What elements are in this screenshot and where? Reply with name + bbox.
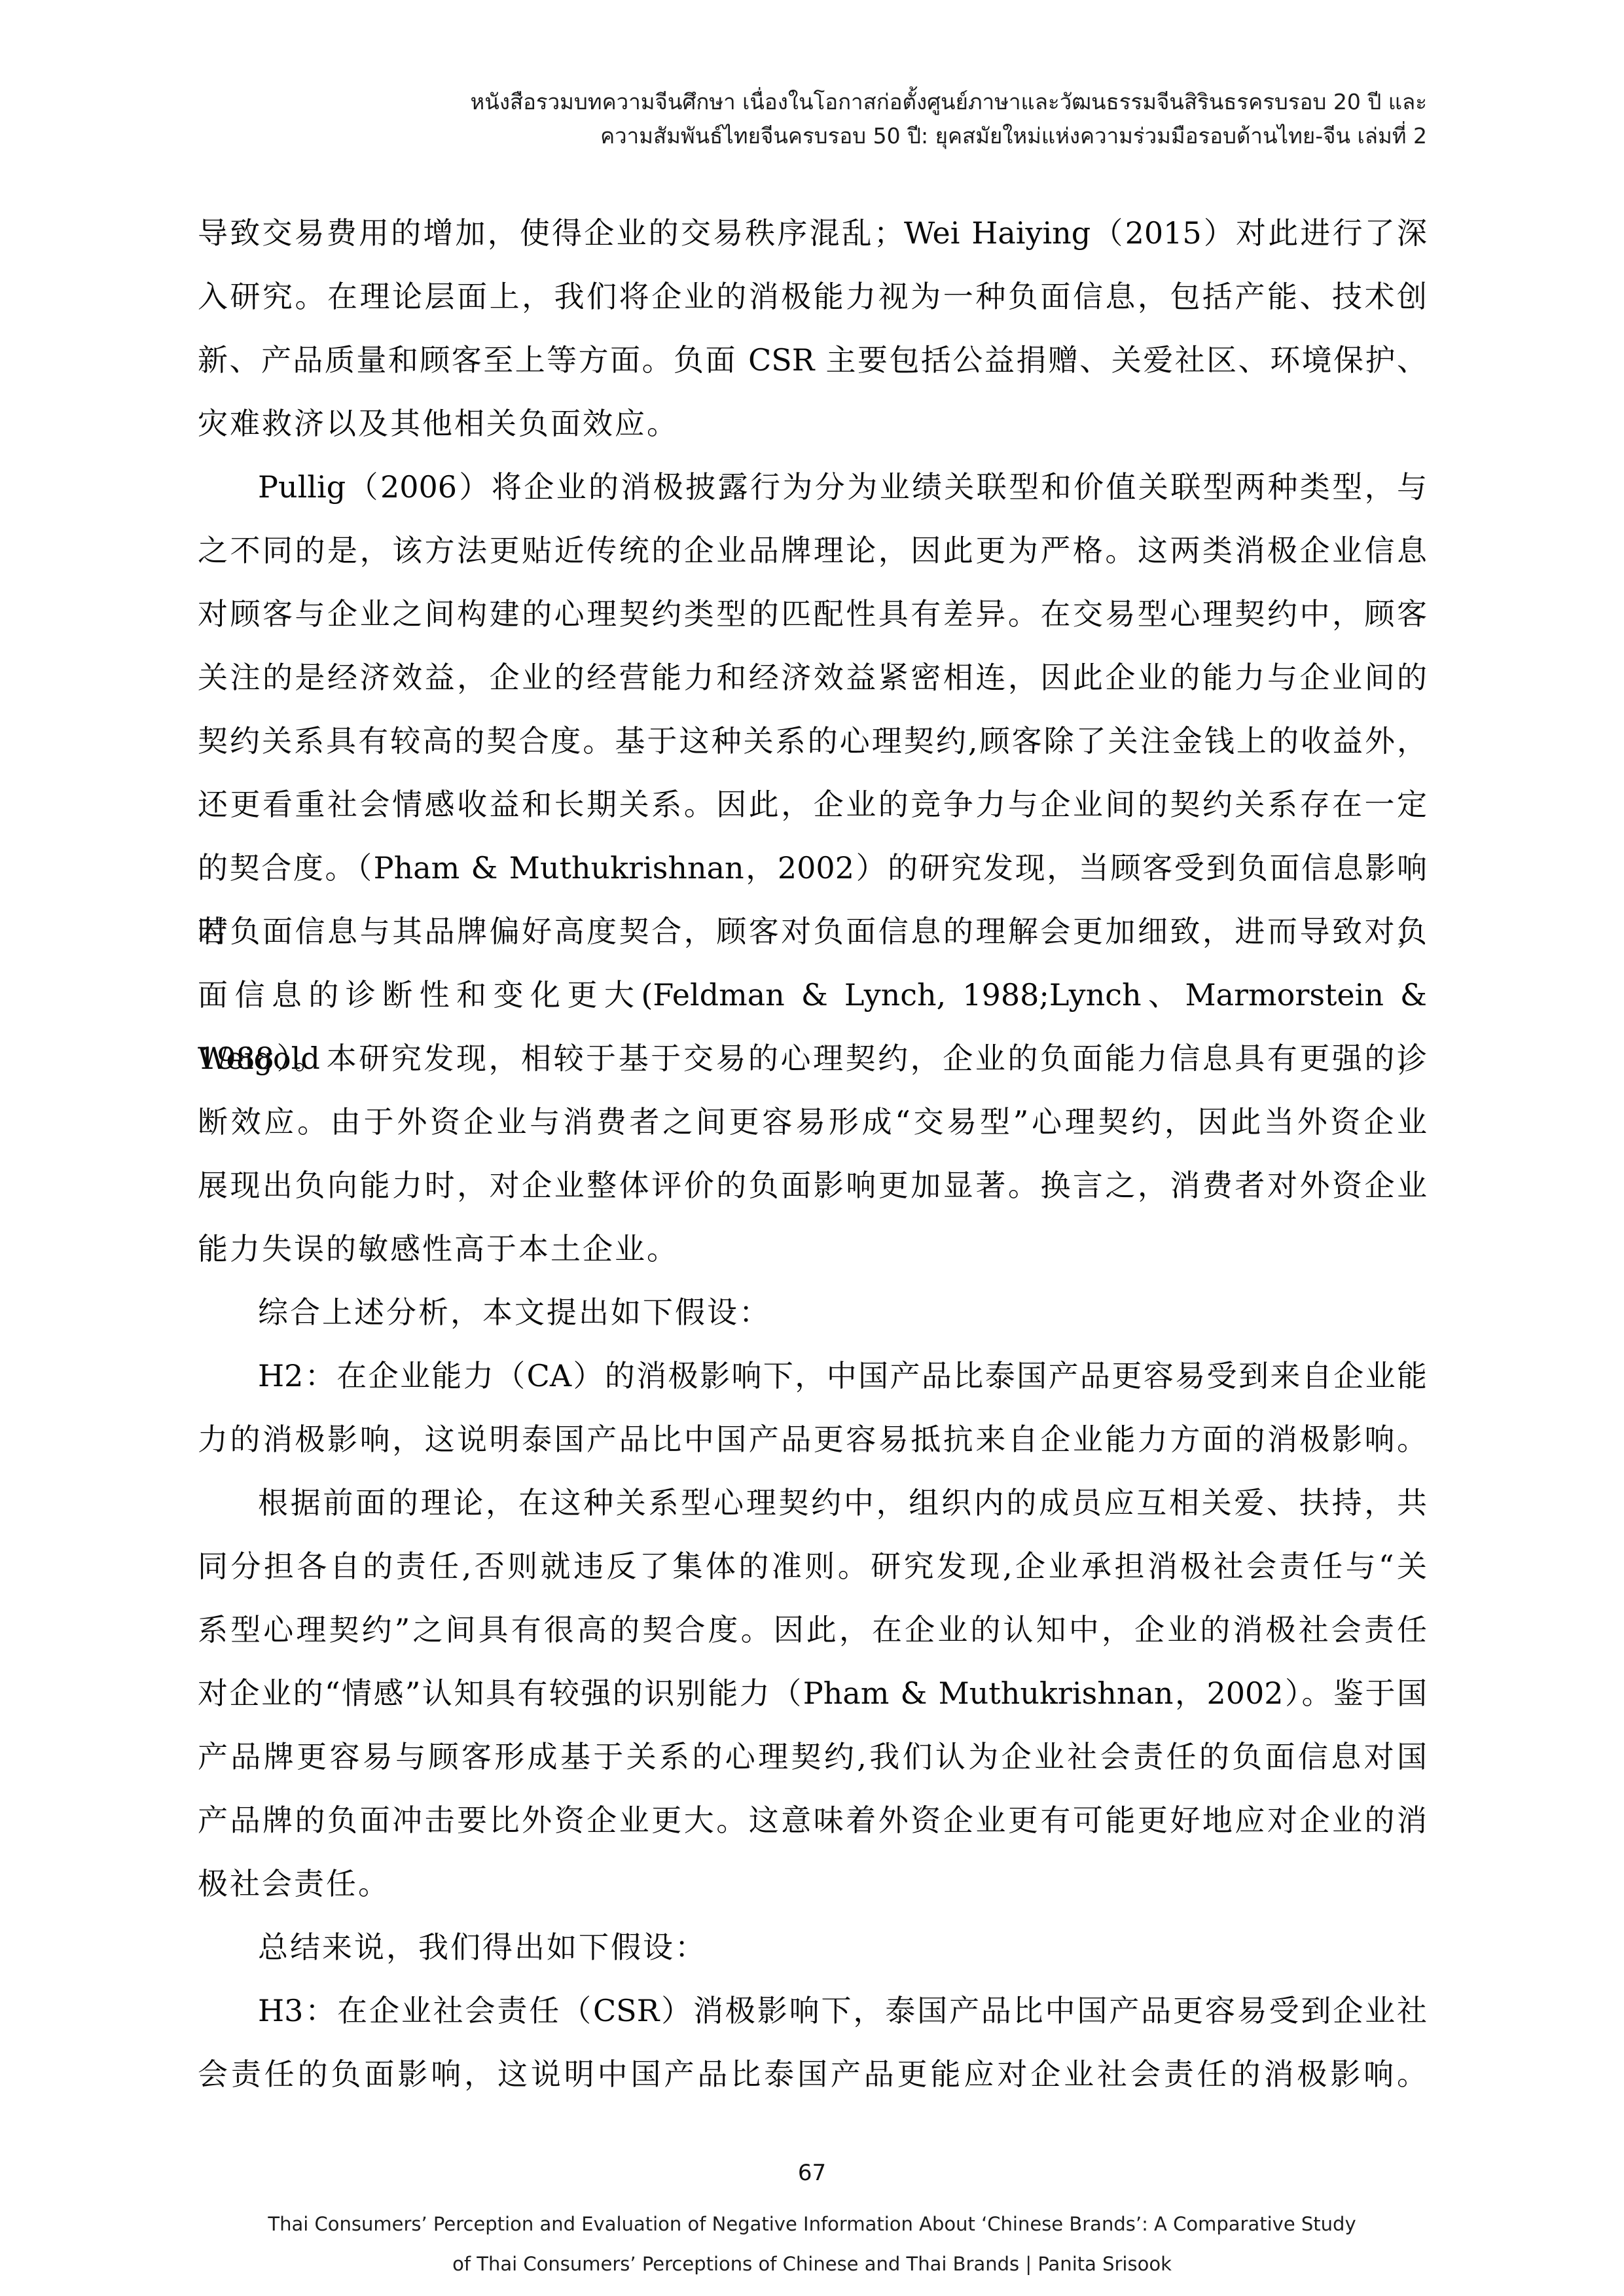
- body-line: 若负面信息与其品牌偏好高度契合，顾客对负面信息的理解会更加细致，进而导致对负: [198, 900, 1427, 963]
- body-line: 产品牌更容易与顾客形成基于关系的心理契约,我们认为企业社会责任的负面信息对国: [198, 1725, 1427, 1789]
- page-footer: Thai Consumers’ Perception and Evaluatio…: [0, 2204, 1624, 2284]
- body-line: H2：在企业能力（CA）的消极影响下，中国产品比泰国产品更容易受到来自企业能: [198, 1344, 1427, 1408]
- body-line: 面信息的诊断性和变化更大(Feldman & Lynch, 1988;Lynch…: [198, 963, 1427, 1027]
- body-line: 入研究。在理论层面上，我们将企业的消极能力视为一种负面信息，包括产能、技术创: [198, 265, 1427, 329]
- body-line: 灾难救济以及其他相关负面效应。: [198, 392, 1427, 456]
- header-line-2: ความสัมพันธ์ไทยจีนครบรอบ 50 ปี: ยุคสมัยใ…: [198, 119, 1427, 153]
- body-line: 能力失误的敏感性高于本土企业。: [198, 1217, 1427, 1281]
- body-line: 关注的是经济效益，企业的经营能力和经济效益紧密相连，因此企业的能力与企业间的: [198, 646, 1427, 709]
- body-line: 产品牌的负面冲击要比外资企业更大。这意味着外资企业更有可能更好地应对企业的消: [198, 1789, 1427, 1852]
- body-line: H3：在企业社会责任（CSR）消极影响下，泰国产品比中国产品更容易受到企业社: [198, 1979, 1427, 2043]
- body-line: 根据前面的理论，在这种关系型心理契约中，组织内的成员应互相关爱、扶持，共: [198, 1471, 1427, 1535]
- page: หนังสือรวมบทความจีนศึกษา เนื่องในโอกาสก่…: [0, 0, 1624, 2296]
- body-text: 导致交易费用的增加，使得企业的交易秩序混乱；Wei Haiying（2015）对…: [198, 202, 1427, 2106]
- body-line: 极社会责任。: [198, 1852, 1427, 1916]
- body-line: 对企业的“情感”认知具有较强的识别能力（Pham & Muthukrishnan…: [198, 1662, 1427, 1725]
- body-line: 总结来说，我们得出如下假设：: [198, 1916, 1427, 1979]
- body-line: 同分担各自的责任,否则就违反了集体的准则。研究发现,企业承担消极社会责任与“关: [198, 1535, 1427, 1598]
- body-line: 契约关系具有较高的契合度。基于这种关系的心理契约,顾客除了关注金钱上的收益外，: [198, 709, 1427, 773]
- footer-line-1: Thai Consumers’ Perception and Evaluatio…: [0, 2204, 1624, 2244]
- body-line: 还更看重社会情感收益和长期关系。因此，企业的竞争力与企业间的契约关系存在一定: [198, 773, 1427, 836]
- body-line: 断效应。由于外资企业与消费者之间更容易形成“交易型”心理契约，因此当外资企业: [198, 1090, 1427, 1154]
- body-line: 综合上述分析，本文提出如下假设：: [198, 1281, 1427, 1344]
- body-line: 系型心理契约”之间具有很高的契合度。因此，在企业的认知中，企业的消极社会责任: [198, 1598, 1427, 1662]
- page-header: หนังสือรวมบทความจีนศึกษา เนื่องในโอกาสก่…: [198, 85, 1427, 153]
- page-number: 67: [0, 2159, 1624, 2187]
- body-line: 之不同的是，该方法更贴近传统的企业品牌理论，因此更为严格。这两类消极企业信息: [198, 519, 1427, 583]
- header-line-1: หนังสือรวมบทความจีนศึกษา เนื่องในโอกาสก่…: [198, 85, 1427, 119]
- body-line: Pullig（2006）将企业的消极披露行为分为业绩关联型和价值关联型两种类型，…: [198, 456, 1427, 519]
- body-line: 1988）。本研究发现，相较于基于交易的心理契约，企业的负面能力信息具有更强的诊: [198, 1027, 1427, 1090]
- body-line: 导致交易费用的增加，使得企业的交易秩序混乱；Wei Haiying（2015）对…: [198, 202, 1427, 265]
- body-line: 会责任的负面影响，这说明中国产品比泰国产品更能应对企业社会责任的消极影响。: [198, 2043, 1427, 2106]
- body-line: 力的消极影响，这说明泰国产品比中国产品更容易抵抗来自企业能力方面的消极影响。: [198, 1408, 1427, 1471]
- body-line: 对顾客与企业之间构建的心理契约类型的匹配性具有差异。在交易型心理契约中，顾客: [198, 583, 1427, 646]
- footer-line-2: of Thai Consumers’ Perceptions of Chines…: [0, 2244, 1624, 2284]
- body-line: 展现出负向能力时，对企业整体评价的负面影响更加显著。换言之，消费者对外资企业: [198, 1154, 1427, 1217]
- body-line: 的契合度。（Pham & Muthukrishnan，2002）的研究发现，当顾…: [198, 836, 1427, 900]
- body-line: 新、产品质量和顾客至上等方面。负面 CSR 主要包括公益捐赠、关爱社区、环境保护…: [198, 329, 1427, 392]
